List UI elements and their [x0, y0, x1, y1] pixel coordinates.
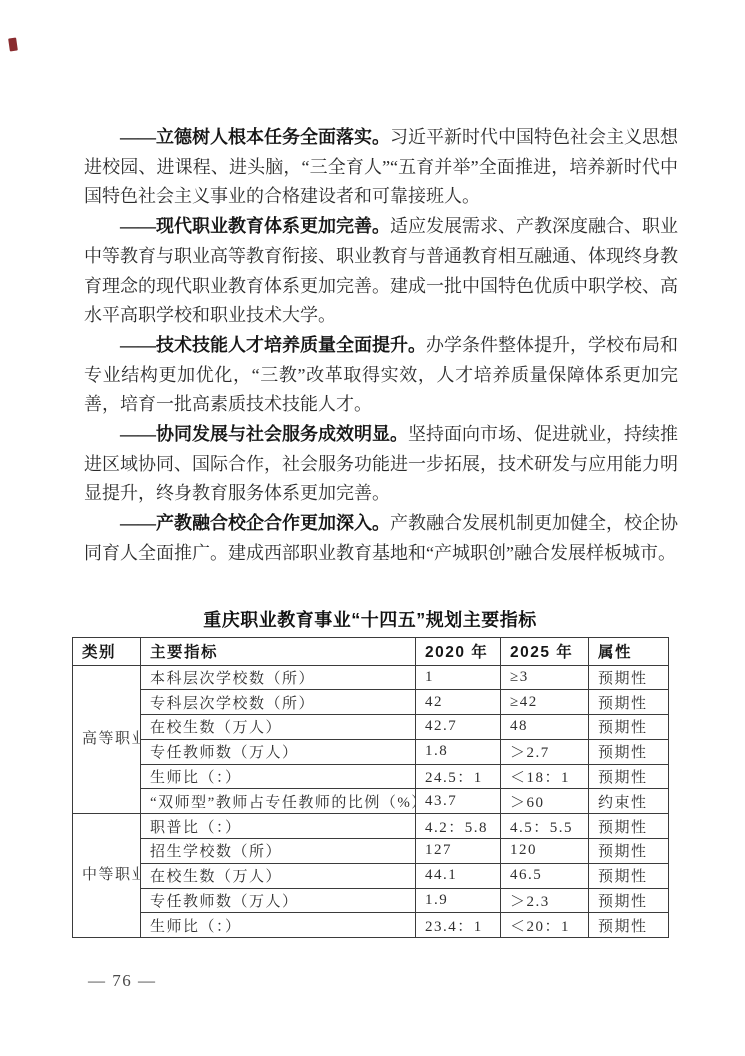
- value-2020-cell: 1.8: [416, 739, 501, 764]
- attribute-cell: 预期性: [589, 888, 669, 913]
- table-row: 专科层次学校数（所） 42 ≥42 预期性: [73, 690, 669, 715]
- attribute-cell: 预期性: [589, 715, 669, 740]
- value-2025-cell: ＞2.7: [501, 739, 589, 764]
- paragraph: ——立德树人根本任务全面落实。习近平新时代中国特色社会主义思想进校园、进课程、进…: [84, 123, 678, 212]
- indicator-cell: 专任教师数（万人）: [141, 739, 416, 764]
- paragraph: ——协同发展与社会服务成效明显。坚持面向市场、促进就业，持续推进区域协同、国际合…: [84, 420, 678, 509]
- attribute-cell: 预期性: [589, 839, 669, 864]
- value-2020-cell: 42: [416, 690, 501, 715]
- table-row: 生师比（：） 23.4：1 ＜20：1 预期性: [73, 913, 669, 938]
- indicator-cell: 专任教师数（万人）: [141, 888, 416, 913]
- value-2025-cell: 48: [501, 715, 589, 740]
- value-2020-cell: 4.2：5.8: [416, 814, 501, 839]
- paragraph-lead: ——协同发展与社会服务成效明显。: [120, 424, 408, 444]
- indicator-cell: 专科层次学校数（所）: [141, 690, 416, 715]
- paragraph: ——产教融合校企合作更加深入。产教融合发展机制更加健全，校企协同育人全面推广。建…: [84, 509, 678, 568]
- category-cell-secondary-vocational: 中等职业教育: [73, 814, 141, 938]
- indicators-table: 类别 主要指标 2020 年 2025 年 属性 高等职业教育 本科层次学校数（…: [72, 637, 669, 938]
- corner-stamp-mark: [8, 38, 18, 52]
- value-2025-cell: ＞60: [501, 789, 589, 814]
- attribute-cell: 预期性: [589, 739, 669, 764]
- value-2020-cell: 44.1: [416, 863, 501, 888]
- table-row: 招生学校数（所） 127 120 预期性: [73, 839, 669, 864]
- table-row: “双师型”教师占专任教师的比例（%） 43.7 ＞60 约束性: [73, 789, 669, 814]
- value-2020-cell: 24.5：1: [416, 764, 501, 789]
- value-2020-cell: 127: [416, 839, 501, 864]
- attribute-cell: 预期性: [589, 690, 669, 715]
- value-2025-cell: ＜20：1: [501, 913, 589, 938]
- paragraph-lead: ——产教融合校企合作更加深入。: [120, 513, 390, 533]
- value-2020-cell: 43.7: [416, 789, 501, 814]
- attribute-cell: 预期性: [589, 764, 669, 789]
- value-2025-cell: ＞2.3: [501, 888, 589, 913]
- attribute-cell: 预期性: [589, 814, 669, 839]
- indicator-cell: “双师型”教师占专任教师的比例（%）: [141, 789, 416, 814]
- value-2025-cell: 46.5: [501, 863, 589, 888]
- value-2025-cell: ＜18：1: [501, 764, 589, 789]
- document-page: ——立德树人根本任务全面落实。习近平新时代中国特色社会主义思想进校园、进课程、进…: [0, 0, 745, 1056]
- table-row: 在校生数（万人） 42.7 48 预期性: [73, 715, 669, 740]
- table-title: 重庆职业教育事业“十四五”规划主要指标: [72, 606, 668, 632]
- table-row: 专任教师数（万人） 1.8 ＞2.7 预期性: [73, 739, 669, 764]
- attribute-cell: 预期性: [589, 665, 669, 690]
- table-row: 专任教师数（万人） 1.9 ＞2.3 预期性: [73, 888, 669, 913]
- value-2020-cell: 1.9: [416, 888, 501, 913]
- value-2020-cell: 23.4：1: [416, 913, 501, 938]
- header-indicator: 主要指标: [141, 638, 416, 666]
- body-text-block: ——立德树人根本任务全面落实。习近平新时代中国特色社会主义思想进校园、进课程、进…: [84, 123, 678, 569]
- table-row: 在校生数（万人） 44.1 46.5 预期性: [73, 863, 669, 888]
- table-header-row: 类别 主要指标 2020 年 2025 年 属性: [73, 638, 669, 666]
- indicator-cell: 生师比（：）: [141, 764, 416, 789]
- table-row: 高等职业教育 本科层次学校数（所） 1 ≥3 预期性: [73, 665, 669, 690]
- header-category: 类别: [73, 638, 141, 666]
- header-2025: 2025 年: [501, 638, 589, 666]
- value-2020-cell: 42.7: [416, 715, 501, 740]
- table-row: 中等职业教育 职普比（：） 4.2：5.8 4.5：5.5 预期性: [73, 814, 669, 839]
- category-cell-higher-vocational: 高等职业教育: [73, 665, 141, 814]
- indicator-cell: 职普比（：）: [141, 814, 416, 839]
- indicator-cell: 本科层次学校数（所）: [141, 665, 416, 690]
- paragraph: ——技术技能人才培养质量全面提升。办学条件整体提升，学校布局和专业结构更加优化，…: [84, 331, 678, 420]
- header-2020: 2020 年: [416, 638, 501, 666]
- paragraph: ——现代职业教育体系更加完善。适应发展需求、产教深度融合、职业中等教育与职业高等…: [84, 212, 678, 331]
- indicator-cell: 在校生数（万人）: [141, 715, 416, 740]
- paragraph-lead: ——立德树人根本任务全面落实。: [120, 127, 390, 147]
- page-number: — 76 —: [88, 971, 157, 991]
- attribute-cell: 约束性: [589, 789, 669, 814]
- paragraph-lead: ——技术技能人才培养质量全面提升。: [120, 335, 426, 355]
- value-2025-cell: ≥42: [501, 690, 589, 715]
- value-2020-cell: 1: [416, 665, 501, 690]
- value-2025-cell: 120: [501, 839, 589, 864]
- attribute-cell: 预期性: [589, 913, 669, 938]
- indicator-cell: 招生学校数（所）: [141, 839, 416, 864]
- header-attribute: 属性: [589, 638, 669, 666]
- value-2025-cell: 4.5：5.5: [501, 814, 589, 839]
- indicator-cell: 在校生数（万人）: [141, 863, 416, 888]
- indicator-cell: 生师比（：）: [141, 913, 416, 938]
- paragraph-lead: ——现代职业教育体系更加完善。: [120, 216, 390, 236]
- value-2025-cell: ≥3: [501, 665, 589, 690]
- table-row: 生师比（：） 24.5：1 ＜18：1 预期性: [73, 764, 669, 789]
- attribute-cell: 预期性: [589, 863, 669, 888]
